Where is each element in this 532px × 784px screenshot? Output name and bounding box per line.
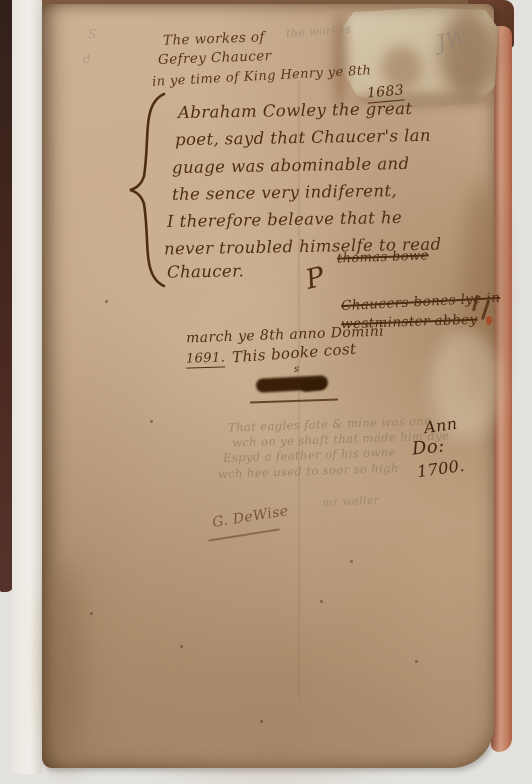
curly-brace-decoration (126, 90, 170, 294)
foxing-spot (150, 420, 153, 423)
repair-patch (338, 8, 498, 108)
margin-mark: d (83, 52, 91, 66)
foxing-spot (415, 660, 418, 663)
cowley-note-line: Chaucer. (167, 261, 245, 281)
cost-superscript: s (294, 364, 300, 375)
foxing-spot (105, 300, 108, 303)
margin-mark: S (88, 27, 97, 41)
manuscript-photo: the workes JW S d The workes of Gefrey C… (0, 0, 532, 784)
fore-edge-pages (491, 26, 512, 752)
cowley-note-line: the sence very indiferent, (172, 181, 397, 204)
foxing-spot (180, 645, 183, 648)
red-edge-speck (486, 316, 492, 325)
foxing-spot (90, 612, 93, 615)
anno-1700-line2: Do: (411, 435, 446, 459)
struck-out-name: thomas bowe (337, 248, 429, 266)
foxing-spot (260, 720, 263, 723)
foxing-spot (320, 600, 323, 603)
foxing-spot (350, 560, 353, 563)
year-1691: 1691. (186, 350, 226, 368)
flyleaf-page-edge (12, 0, 42, 774)
